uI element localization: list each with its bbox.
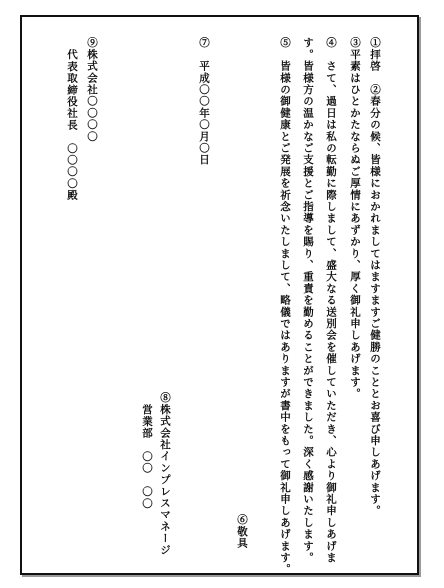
sender-department: 営業部 〇〇 〇〇 — [141, 404, 153, 509]
sender-company: ⑧株式会社インプレスマネージ — [159, 392, 171, 556]
recipient-name: 代表取締役社長 〇〇〇〇殿 — [66, 49, 78, 201]
date-line: ⑦ 平成〇〇年〇月〇日 — [198, 37, 210, 166]
thanks-line: ③平素はひとかたならぬご厚情にあずかり、厚く御礼申しあげます。 — [349, 37, 361, 400]
body-line-2: す。皆様方の温かなご支援とご指導を賜り、重責を勤めることができました。深く感謝い… — [302, 37, 314, 564]
recipient-company: ⑨株式会社〇〇〇〇 — [86, 37, 98, 142]
greeting-line: ①拝啓 ②春分の候、皆様におかれましてはますますご健勝のこととお喜び申しあげます… — [369, 37, 381, 517]
letter-page: ①拝啓 ②春分の候、皆様におかれましてはますますご健勝のこととお喜び申しあげます… — [20, 15, 419, 575]
closing-word: ⑥敬具 — [236, 514, 248, 549]
closing-wish-line: ⑤ 皆様の御健康とご発展を祈念いたしまして、略儀ではありますが書中をもって御礼申… — [279, 37, 291, 575]
body-line-1: ④ さて、過日は私の転勤に際しまして、盛大なる送別会を催していただき、心より御礼… — [325, 37, 337, 564]
